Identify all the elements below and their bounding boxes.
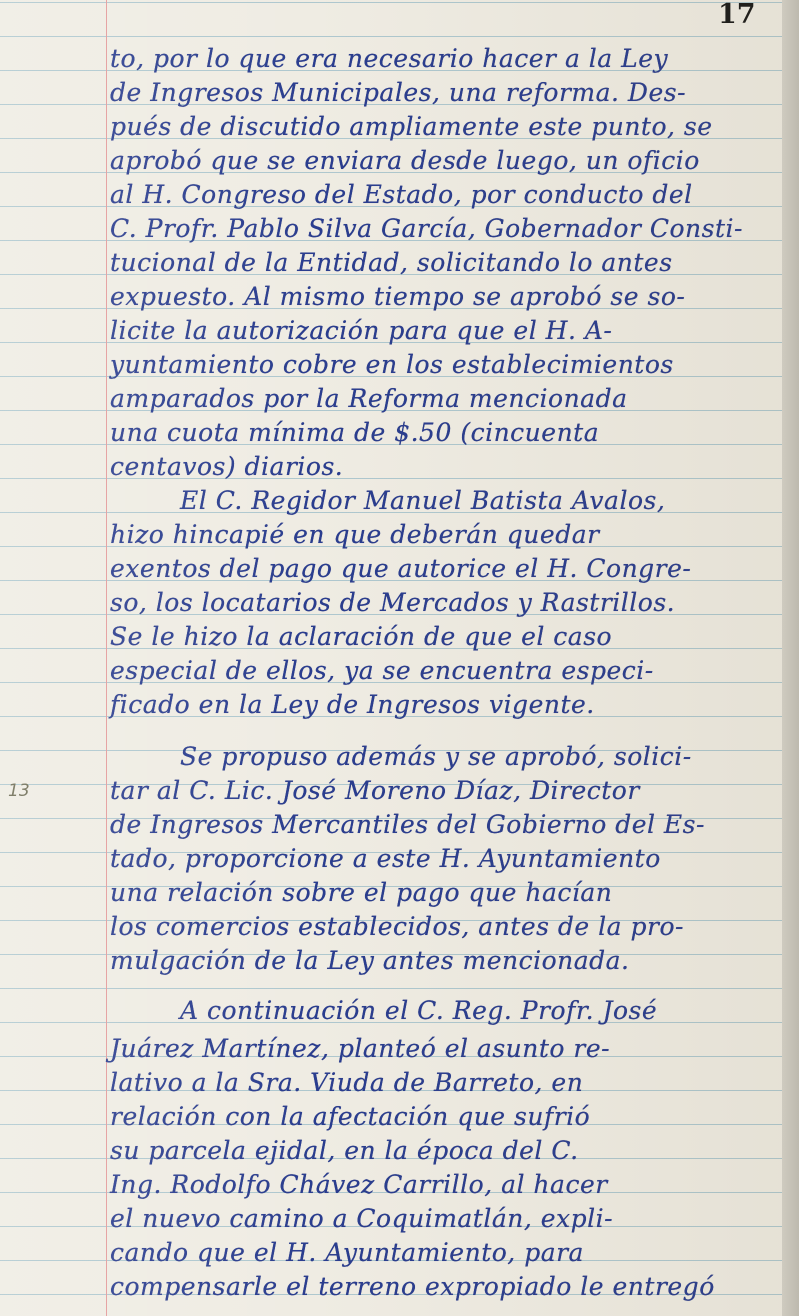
text-line: una relación sobre el pago que hacían	[110, 876, 782, 910]
text-line: pués de discutido ampliamente este punto…	[110, 110, 782, 144]
text-line-paragraph-start: Se propuso además y se aprobó, solici-	[110, 740, 782, 774]
text-line: tado, proporcione a este H. Ayuntamiento	[110, 842, 782, 876]
text-line: el nuevo camino a Coquimatlán, expli-	[110, 1202, 782, 1236]
text-line-paragraph-start: El C. Regidor Manuel Batista Avalos,	[110, 484, 782, 518]
margin-note: 13	[8, 781, 30, 801]
text-line: centavos) diarios.	[110, 450, 782, 484]
red-margin-line	[106, 0, 107, 1316]
text-line: aprobó que se enviara desde luego, un of…	[110, 144, 782, 178]
page-number: 17	[718, 0, 756, 30]
text-line: al H. Congreso del Estado, por conducto …	[110, 178, 782, 212]
text-line: exentos del pago que autorice el H. Cong…	[110, 552, 782, 586]
text-line: una cuota mínima de $.50 (cincuenta	[110, 416, 782, 450]
text-line: lativo a la Sra. Viuda de Barreto, en	[110, 1066, 782, 1100]
text-line: Juárez Martínez, planteó el asunto re-	[110, 1032, 782, 1066]
text-line: so, los locatarios de Mercados y Rastril…	[110, 586, 782, 620]
text-line: cando que el H. Ayuntamiento, para	[110, 1236, 782, 1270]
text-line: tar al C. Lic. José Moreno Díaz, Directo…	[110, 774, 782, 808]
text-line: C. Profr. Pablo Silva García, Gobernador…	[110, 212, 782, 246]
text-line: especial de ellos, ya se encuentra espec…	[110, 654, 782, 688]
text-line: de Ingresos Municipales, una reforma. De…	[110, 76, 782, 110]
text-line: tucional de la Entidad, solicitando lo a…	[110, 246, 782, 280]
text-line: Se le hizo la aclaración de que el caso	[110, 620, 782, 654]
text-line: Ing. Rodolfo Chávez Carrillo, al hacer	[110, 1168, 782, 1202]
text-line: yuntamiento cobre en los establecimiento…	[110, 348, 782, 382]
text-line: los comercios establecidos, antes de la …	[110, 910, 782, 944]
text-line: su parcela ejidal, en la época del C.	[110, 1134, 782, 1168]
text-line: expuesto. Al mismo tiempo se aprobó se s…	[110, 280, 782, 314]
text-line: mulgación de la Ley antes mencionada.	[110, 944, 782, 978]
text-line-paragraph-start: A continuación el C. Reg. Profr. José	[110, 994, 782, 1028]
text-line: de Ingresos Mercantiles del Gobierno del…	[110, 808, 782, 842]
ledger-page: 17 13 to, por lo que era necesario hacer…	[0, 0, 782, 1316]
text-line: amparados por la Reforma mencionada	[110, 382, 782, 416]
text-line: ficado en la Ley de Ingresos vigente.	[110, 688, 782, 722]
text-line: to, por lo que era necesario hacer a la …	[110, 42, 782, 76]
text-line: licite la autorización para que el H. A-	[110, 314, 782, 348]
text-line: hizo hincapié en que deberán quedar	[110, 518, 782, 552]
text-line: compensarle el terreno expropiado le ent…	[110, 1270, 782, 1304]
text-line: relación con la afectación que sufrió	[110, 1100, 782, 1134]
book-page-edge	[782, 0, 799, 1316]
